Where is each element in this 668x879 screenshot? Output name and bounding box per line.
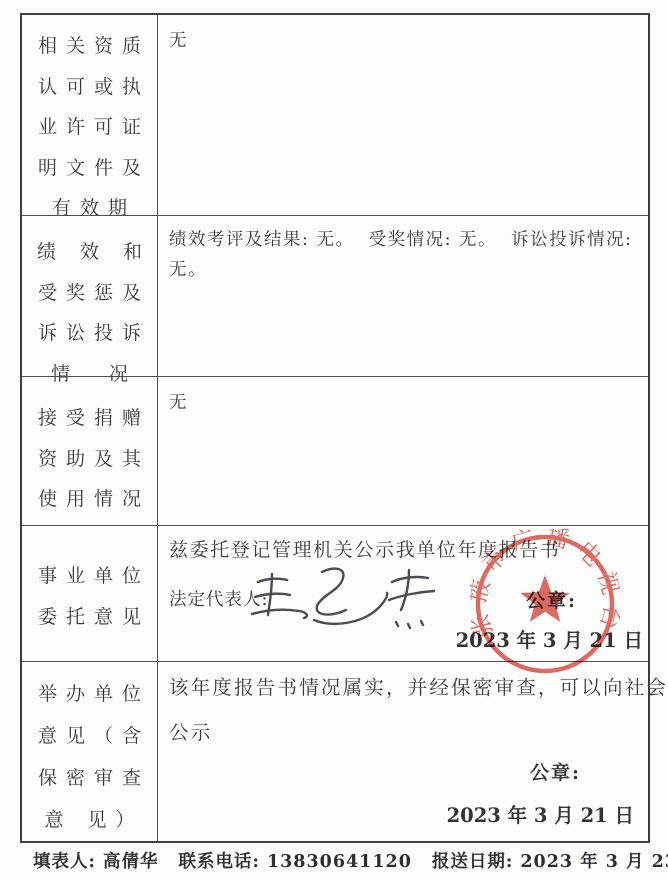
label-line: 委托意见 [22,597,157,638]
table-row-organizer-opinion: 举办单位 意见（含 保密审查 意 见） 该年度报告书情况属实，并经保密审查，可以… [22,661,648,841]
phone-label: 联系电话: [178,852,259,872]
label-line: 意 见） [22,799,157,841]
donations-value: 无 [158,377,648,414]
table-row-entrust-opinion: 事业单位 委托意见 兹委托登记管理机关公示我单位年度报告书 法定代表人: [22,525,648,661]
label-line: 相关资质 [22,26,157,67]
label-line: 业许可证 [22,107,157,148]
qualifications-value: 无 [158,15,648,52]
label-line: 诉讼投诉 [22,313,157,354]
report-date-label: 报送日期: [432,852,513,872]
seal-date: 2023 年 3 月 21 日 [456,625,643,653]
row-content-qualifications: 无 [158,15,648,215]
row-content-organizer-opinion: 该年度报告书情况属实，并经保密审查，可以向社会 公示 公章: 2023 年 3 … [158,662,648,841]
organizer-statement-line1: 该年度报告书情况属实，并经保密审查，可以向社会 [169,672,668,700]
annual-report-table: 相关资质 认可或执 业许可证 明文件及 有效期 无 绩 效 和 受奖惩及 诉讼投… [20,13,650,843]
row-content-performance: 绩效考评及结果: 无。 受奖情况: 无。 诉讼投诉情况: 无。 [158,216,648,376]
row-content-entrust-opinion: 兹委托登记管理机关公示我单位年度报告书 法定代表人: [158,526,648,661]
seal-label: 公章: [526,586,577,613]
row-label-performance: 绩 效 和 受奖惩及 诉讼投诉 情 况 [22,216,158,376]
row-label-entrust-opinion: 事业单位 委托意见 [22,526,158,661]
label-line: 绩 效 和 [22,232,157,273]
filler-name: 高倩华 [103,852,159,872]
seal-label: 公章: [530,758,581,785]
label-line: 认可或执 [22,67,157,108]
phone-number: 13830641120 [267,852,412,872]
entrust-statement: 兹委托登记管理机关公示我单位年度报告书 [169,535,560,562]
label-line: 意见（含 [22,715,157,757]
footer-line: 填表人:高倩华联系电话:13830641120报送日期:2023 年 3 月 2… [33,848,668,873]
row-label-qualifications: 相关资质 认可或执 业许可证 明文件及 有效期 [22,15,158,215]
table-row-performance: 绩 效 和 受奖惩及 诉讼投诉 情 况 绩效考评及结果: 无。 受奖情况: 无。… [22,215,648,376]
filler-label: 填表人: [33,852,96,872]
organizer-statement-line2: 公示 [169,717,212,745]
seal-date: 2023 年 3 月 21 日 [447,800,634,828]
table-row-donations: 接受捐赠 资助及其 使用情况 无 [22,376,648,525]
row-label-organizer-opinion: 举办单位 意见（含 保密审查 意 见） [22,662,158,841]
row-label-donations: 接受捐赠 资助及其 使用情况 [22,377,158,525]
label-line: 接受捐赠 [22,398,157,439]
label-line: 事业单位 [22,556,157,597]
label-line: 受奖惩及 [22,273,157,314]
label-line: 使用情况 [22,479,157,520]
label-line: 资助及其 [22,439,157,480]
label-line: 保密审查 [22,757,157,799]
label-line: 明文件及 [22,148,157,189]
performance-value: 绩效考评及结果: 无。 受奖情况: 无。 诉讼投诉情况: 无。 [158,216,648,285]
row-content-donations: 无 [158,377,648,525]
table-row-qualifications: 相关资质 认可或执 业许可证 明文件及 有效期 无 [22,15,648,215]
legal-representative-signature [244,560,444,638]
report-date-value: 2023 年 3 月 23 日 [520,852,668,872]
scanned-report-page: 相关资质 认可或执 业许可证 明文件及 有效期 无 绩 效 和 受奖惩及 诉讼投… [0,0,668,879]
label-line: 举办单位 [22,673,157,715]
